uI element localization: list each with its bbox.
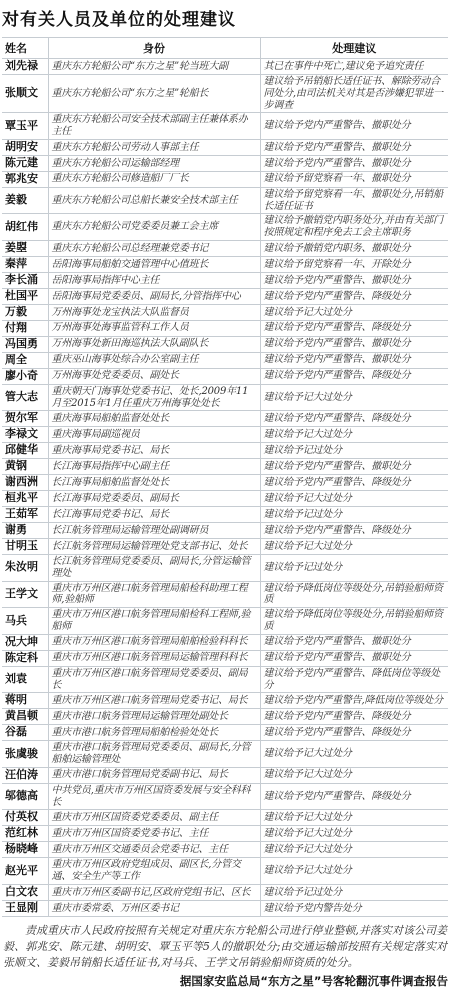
table-row: 杨晓峰 重庆市万州区交通委员会党委书记、主任 建议给予记大过处分 xyxy=(2,842,448,858)
table-row: 胡明安 重庆东方轮船公司劳动人事部主任 建议给予党内严重警告、撤职处分 xyxy=(2,139,448,155)
table-row: 邬德高 中共党员,重庆市万州区国资委发展与安全科科长 建议给予党内严重警告、降级… xyxy=(2,783,448,810)
person-identity-cell: 长江海事局党委委员、副局长 xyxy=(48,491,260,507)
person-name-cell: 姜曌 xyxy=(2,241,48,257)
table-row: 胡红伟 重庆东方轮船公司党委委员兼工会主席 建议给予撤销党内职务处分,并由有关部… xyxy=(2,214,448,241)
person-name-cell: 覃玉平 xyxy=(2,113,48,140)
person-recommendation-cell: 建议给予记大过处分 xyxy=(260,427,448,443)
person-name-cell: 冯国勇 xyxy=(2,336,48,352)
person-identity-cell: 重庆东方轮船公司总船长兼安全技术部主任 xyxy=(48,187,260,214)
person-identity-cell: 重庆市万州区港口航务管理局船检科助理工程师,验船师 xyxy=(48,581,260,608)
person-identity-cell: 万州海事处党委委员、副处长 xyxy=(48,368,260,384)
person-name-cell: 杨晓峰 xyxy=(2,842,48,858)
person-identity-cell: 重庆市港口航务管理局运输管理处副处长 xyxy=(48,709,260,725)
person-name-cell: 汪伯涛 xyxy=(2,767,48,783)
person-name-cell: 管大志 xyxy=(2,384,48,411)
table-row: 付翔 万州海事处海事监管科工作人员 建议给予党内严重警告、降级处分 xyxy=(2,320,448,336)
person-recommendation-cell: 建议给予记过处分 xyxy=(260,443,448,459)
table-row: 杜国平 岳阳海事局党委委员、副局长,分管指挥中心 建议给予党内严重警告、降级处分 xyxy=(2,288,448,304)
table-row: 秦萍 岳阳海事局船舶交通管理中心值班长 建议给予留党察看一年、开除处分 xyxy=(2,257,448,273)
table-row: 范红林 重庆市万州区国资委党委书记、主任 建议给予记大过处分 xyxy=(2,826,448,842)
table-row: 邱健华 重庆海事局党委书记、局长 建议给予记过处分 xyxy=(2,443,448,459)
person-recommendation-cell: 建议给予党内严重警告,降低岗位等级处分 xyxy=(260,693,448,709)
person-recommendation-cell: 建议给予留党察看一年、开除处分 xyxy=(260,257,448,273)
person-recommendation-cell: 建议给予记大过处分 xyxy=(260,304,448,320)
table-row: 陈定科 重庆市万州区港口航务管理局运输管理科科长 建议给予党内严重警告、撤职处分 xyxy=(2,650,448,666)
person-recommendation-cell: 建议给予党内严重警告、降级处分 xyxy=(260,783,448,810)
person-recommendation-cell: 建议给予党内严重警告、降级处分 xyxy=(260,523,448,539)
person-identity-cell: 重庆东方轮船公司修造船厂厂长 xyxy=(48,171,260,187)
person-recommendation-cell: 建议给予记大过处分 xyxy=(260,767,448,783)
person-identity-cell: 重庆市万州区国资委党委委员、副主任 xyxy=(48,810,260,826)
person-name-cell: 刘先禄 xyxy=(2,59,48,75)
footer-note: 责成重庆市人民政府按照有关规定对重庆东方轮船公司进行停业整顿,并落实对该公司姜毅… xyxy=(3,923,447,971)
person-identity-cell: 重庆市委常委、万州区委书记 xyxy=(48,900,260,916)
person-recommendation-cell: 建议给予记过处分 xyxy=(260,507,448,523)
table-row: 万毅 万州海事处龙宝执法大队监督员 建议给予记大过处分 xyxy=(2,304,448,320)
person-identity-cell: 重庆市港口航务管理局党委副书记、局长 xyxy=(48,767,260,783)
person-identity-cell: 重庆市万州区港口航务管理局船检科工程师,验船师 xyxy=(48,608,260,635)
person-name-cell: 廖小奇 xyxy=(2,368,48,384)
person-name-cell: 况大坤 xyxy=(2,634,48,650)
col-header-identity: 身份 xyxy=(48,38,260,59)
person-recommendation-cell: 建议给予党内严重警告、降级处分 xyxy=(260,709,448,725)
person-recommendation-cell: 建议给予党内严重警告、撤职处分 xyxy=(260,113,448,140)
person-identity-cell: 重庆市万州区国资委党委书记、主任 xyxy=(48,826,260,842)
person-recommendation-cell: 建议给予党内严重警告、撤职处分 xyxy=(260,650,448,666)
person-recommendation-cell: 建议给予吊销船长适任证书、解除劳动合同处分,由司法机关对其是否涉嫌犯罪进一步调查 xyxy=(260,74,448,112)
person-name-cell: 陈元建 xyxy=(2,155,48,171)
table-row: 陈元建 重庆东方轮船公司运输部经理 建议给予党内严重警告、撤职处分 xyxy=(2,155,448,171)
table-row: 马兵 重庆市万州区港口航务管理局船检科工程师,验船师 建议给予降低岗位等级处分,… xyxy=(2,608,448,635)
person-name-cell: 陈定科 xyxy=(2,650,48,666)
person-identity-cell: 万州海事处海事监管科工作人员 xyxy=(48,320,260,336)
person-recommendation-cell: 建议给予党内严重警告、降低岗位等级处分 xyxy=(260,666,448,693)
person-identity-cell: 重庆东方轮船公司安全技术部副主任兼体系办主任 xyxy=(48,113,260,140)
person-name-cell: 胡明安 xyxy=(2,139,48,155)
person-recommendation-cell: 建议给予记大过处分 xyxy=(260,842,448,858)
person-identity-cell: 重庆海事局船舶监督处处长 xyxy=(48,411,260,427)
person-identity-cell: 重庆东方轮船公司“东方之星”轮船长 xyxy=(48,74,260,112)
table-row: 赵光平 重庆市万州区政府党组成员、副区长,分管交通、安全生产等工作 建议给予记大… xyxy=(2,858,448,885)
person-recommendation-cell: 建议给予党内严重警告、撤职处分 xyxy=(260,459,448,475)
person-identity-cell: 岳阳海事局船舶交通管理中心值班长 xyxy=(48,257,260,273)
person-recommendation-cell: 建议给予党内严重警告、撤职处分 xyxy=(260,272,448,288)
person-identity-cell: 重庆市万州区港口航务管理局运输管理科科长 xyxy=(48,650,260,666)
person-identity-cell: 重庆海事局党委书记、局长 xyxy=(48,443,260,459)
person-name-cell: 付翔 xyxy=(2,320,48,336)
col-header-name: 姓名 xyxy=(2,38,48,59)
person-name-cell: 王茹军 xyxy=(2,507,48,523)
person-recommendation-cell: 建议给予党内严重警告、降级处分 xyxy=(260,368,448,384)
person-name-cell: 谷磊 xyxy=(2,725,48,741)
person-identity-cell: 重庆市万州区政府党组成员、副区长,分管交通、安全生产等工作 xyxy=(48,858,260,885)
person-recommendation-cell: 建议给予党内严重警告、撤职处分 xyxy=(260,139,448,155)
person-recommendation-cell: 建议给予党内警告处分 xyxy=(260,900,448,916)
person-recommendation-cell: 其已在事件中死亡,建议免予追究责任 xyxy=(260,59,448,75)
person-identity-cell: 长江海事局指挥中心副主任 xyxy=(48,459,260,475)
infographic-page: 对有关人员及单位的处理建议 姓名 身份 处理建议 刘先禄 重庆东方轮船公司“东方… xyxy=(0,0,450,995)
person-name-cell: 张顺文 xyxy=(2,74,48,112)
person-name-cell: 万毅 xyxy=(2,304,48,320)
person-name-cell: 姜毅 xyxy=(2,187,48,214)
table-row: 郭兆安 重庆东方轮船公司修造船厂厂长 建议给予留党察看一年、撤职处分 xyxy=(2,171,448,187)
person-identity-cell: 长江海事局党委书记、局长 xyxy=(48,507,260,523)
table-row: 贺尔军 重庆海事局船舶监督处处长 建议给予党内严重警告、降级处分 xyxy=(2,411,448,427)
person-name-cell: 王学文 xyxy=(2,581,48,608)
table-row: 冯国勇 万州海事处新田海巡执法大队副队长 建议给予党内严重警告、撤职处分 xyxy=(2,336,448,352)
person-name-cell: 贺尔军 xyxy=(2,411,48,427)
table-row: 谢勇 长江航务管理局运输管理处副调研员 建议给予党内严重警告、降级处分 xyxy=(2,523,448,539)
person-name-cell: 马兵 xyxy=(2,608,48,635)
person-name-cell: 周全 xyxy=(2,352,48,368)
person-identity-cell: 岳阳海事局党委委员、副局长,分管指挥中心 xyxy=(48,288,260,304)
person-identity-cell: 长江航务管理局运输管理处党支部书记、处长 xyxy=(48,539,260,555)
person-recommendation-cell: 建议给予党内严重警告、撤职处分 xyxy=(260,352,448,368)
person-name-cell: 谢勇 xyxy=(2,523,48,539)
person-identity-cell: 万州海事处龙宝执法大队监督员 xyxy=(48,304,260,320)
table-row: 姜曌 重庆东方轮船公司总经理兼党委书记 建议给予撤销党内职务、撤职处分 xyxy=(2,241,448,257)
table-row: 甘明玉 长江航务管理局运输管理处党支部书记、处长 建议给予记大过处分 xyxy=(2,539,448,555)
person-name-cell: 白文农 xyxy=(2,884,48,900)
person-identity-cell: 重庆市万州区港口航务管理局船舶检验科科长 xyxy=(48,634,260,650)
person-name-cell: 张虞骏 xyxy=(2,741,48,768)
person-name-cell: 范红林 xyxy=(2,826,48,842)
person-identity-cell: 重庆市万州区港口航务管理局党委委员、副局长 xyxy=(48,666,260,693)
person-identity-cell: 万州海事处新田海巡执法大队副队长 xyxy=(48,336,260,352)
person-identity-cell: 重庆市港口航务管理局船舶检验处处长 xyxy=(48,725,260,741)
table-row: 况大坤 重庆市万州区港口航务管理局船舶检验科科长 建议给予党内严重警告、撤职处分 xyxy=(2,634,448,650)
table-row: 桓兆平 长江海事局党委委员、副局长 建议给予记大过处分 xyxy=(2,491,448,507)
table-row: 蒋明 重庆市万州区港口航务管理局党委书记、局长 建议给予党内严重警告,降低岗位等… xyxy=(2,693,448,709)
person-identity-cell: 重庆海事局副巡视员 xyxy=(48,427,260,443)
table-row: 谷磊 重庆市港口航务管理局船舶检验处处长 建议给予党内严重警告、降级处分 xyxy=(2,725,448,741)
table-row: 张虞骏 重庆市港口航务管理局党委委员、副局长,分管船舶运输管理处 建议给予记大过… xyxy=(2,741,448,768)
table-row: 王学文 重庆市万州区港口航务管理局船检科助理工程师,验船师 建议给予降低岗位等级… xyxy=(2,581,448,608)
person-recommendation-cell: 建议给予记大过处分 xyxy=(260,384,448,411)
person-identity-cell: 长江航务管理局运输管理处副调研员 xyxy=(48,523,260,539)
person-name-cell: 朱汝明 xyxy=(2,555,48,582)
person-recommendation-cell: 建议给予降低岗位等级处分,吊销验船师资质 xyxy=(260,581,448,608)
person-identity-cell: 长江航务管理局党委委员、副局长,分管运输管理处 xyxy=(48,555,260,582)
person-name-cell: 王显刚 xyxy=(2,900,48,916)
person-identity-cell: 重庆朝天门海事处党委书记、处长,2009年11月至2015年1月任重庆万州海事处… xyxy=(48,384,260,411)
table-row: 李长涌 岳阳海事局指挥中心主任 建议给予党内严重警告、撤职处分 xyxy=(2,272,448,288)
person-name-cell: 秦萍 xyxy=(2,257,48,273)
table-body: 刘先禄 重庆东方轮船公司“东方之星”轮当班大副 其已在事件中死亡,建议免予追究责… xyxy=(2,59,448,917)
person-recommendation-cell: 建议给予党内严重警告、降级处分 xyxy=(260,411,448,427)
person-identity-cell: 重庆市万州区港口航务管理局党委书记、局长 xyxy=(48,693,260,709)
table-row: 付英权 重庆市万州区国资委党委委员、副主任 建议给予记大过处分 xyxy=(2,810,448,826)
person-name-cell: 邱健华 xyxy=(2,443,48,459)
person-name-cell: 桓兆平 xyxy=(2,491,48,507)
person-name-cell: 赵光平 xyxy=(2,858,48,885)
person-recommendation-cell: 建议给予党内严重警告、撤职处分 xyxy=(260,155,448,171)
person-identity-cell: 重庆东方轮船公司党委委员兼工会主席 xyxy=(48,214,260,241)
person-name-cell: 谢西洲 xyxy=(2,475,48,491)
person-recommendation-cell: 建议给予党内严重警告、撤职处分 xyxy=(260,634,448,650)
table-row: 姜毅 重庆东方轮船公司总船长兼安全技术部主任 建议给予留党察看一年、撤职处分,吊… xyxy=(2,187,448,214)
table-row: 张顺文 重庆东方轮船公司“东方之星”轮船长 建议给予吊销船长适任证书、解除劳动合… xyxy=(2,74,448,112)
person-identity-cell: 重庆市万州区委副书记,区政府党组书记、区长 xyxy=(48,884,260,900)
person-recommendation-cell: 建议给予党内严重警告、降级处分 xyxy=(260,320,448,336)
table-row: 朱汝明 长江航务管理局党委委员、副局长,分管运输管理处 建议给予记过处分 xyxy=(2,555,448,582)
person-identity-cell: 长江海事局船舶监督处处长 xyxy=(48,475,260,491)
person-identity-cell: 重庆市港口航务管理局党委委员、副局长,分管船舶运输管理处 xyxy=(48,741,260,768)
table-row: 王显刚 重庆市委常委、万州区委书记 建议给予党内警告处分 xyxy=(2,900,448,916)
person-identity-cell: 中共党员,重庆市万州区国资委发展与安全科科长 xyxy=(48,783,260,810)
person-name-cell: 李禄文 xyxy=(2,427,48,443)
table-row: 管大志 重庆朝天门海事处党委书记、处长,2009年11月至2015年1月任重庆万… xyxy=(2,384,448,411)
person-recommendation-cell: 建议给予党内严重警告、降级处分 xyxy=(260,475,448,491)
table-row: 周全 重庆巫山海事处综合办公室副主任 建议给予党内严重警告、撤职处分 xyxy=(2,352,448,368)
person-recommendation-cell: 建议给予记大过处分 xyxy=(260,826,448,842)
source-attribution: 据国家安监总局“东方之星”号客轮翻沉事件调查报告 xyxy=(2,973,448,989)
person-name-cell: 付英权 xyxy=(2,810,48,826)
header-row: 姓名 身份 处理建议 xyxy=(2,38,448,59)
table-row: 廖小奇 万州海事处党委委员、副处长 建议给予党内严重警告、降级处分 xyxy=(2,368,448,384)
table-row: 刘袁 重庆市万州区港口航务管理局党委委员、副局长 建议给予党内严重警告、降低岗位… xyxy=(2,666,448,693)
person-recommendation-cell: 建议给予记过处分 xyxy=(260,884,448,900)
punishment-table: 姓名 身份 处理建议 刘先禄 重庆东方轮船公司“东方之星”轮当班大副 其已在事件… xyxy=(2,37,448,917)
table-row: 黄钢 长江海事局指挥中心副主任 建议给予党内严重警告、撤职处分 xyxy=(2,459,448,475)
person-identity-cell: 重庆巫山海事处综合办公室副主任 xyxy=(48,352,260,368)
col-header-recommendation: 处理建议 xyxy=(260,38,448,59)
person-recommendation-cell: 建议给予记过处分 xyxy=(260,555,448,582)
table-row: 谢西洲 长江海事局船舶监督处处长 建议给予党内严重警告、降级处分 xyxy=(2,475,448,491)
person-recommendation-cell: 建议给予留党察看一年、撤职处分,吊销船长适任证书 xyxy=(260,187,448,214)
person-name-cell: 郭兆安 xyxy=(2,171,48,187)
table-header: 姓名 身份 处理建议 xyxy=(2,38,448,59)
table-row: 王茹军 长江海事局党委书记、局长 建议给予记过处分 xyxy=(2,507,448,523)
person-recommendation-cell: 建议给予记大过处分 xyxy=(260,810,448,826)
person-identity-cell: 重庆东方轮船公司“东方之星”轮当班大副 xyxy=(48,59,260,75)
person-identity-cell: 重庆东方轮船公司总经理兼党委书记 xyxy=(48,241,260,257)
person-name-cell: 杜国平 xyxy=(2,288,48,304)
table-row: 刘先禄 重庆东方轮船公司“东方之星”轮当班大副 其已在事件中死亡,建议免予追究责… xyxy=(2,59,448,75)
person-identity-cell: 重庆东方轮船公司运输部经理 xyxy=(48,155,260,171)
person-name-cell: 蒋明 xyxy=(2,693,48,709)
person-name-cell: 甘明玉 xyxy=(2,539,48,555)
person-name-cell: 胡红伟 xyxy=(2,214,48,241)
person-name-cell: 李长涌 xyxy=(2,272,48,288)
person-recommendation-cell: 建议给予撤销党内职务、撤职处分 xyxy=(260,241,448,257)
page-title: 对有关人员及单位的处理建议 xyxy=(2,5,448,30)
person-identity-cell: 重庆市万州区交通委员会党委书记、主任 xyxy=(48,842,260,858)
person-recommendation-cell: 建议给予党内严重警告、降级处分 xyxy=(260,725,448,741)
person-recommendation-cell: 建议给予记大过处分 xyxy=(260,858,448,885)
person-recommendation-cell: 建议给予党内严重警告、撤职处分 xyxy=(260,336,448,352)
person-recommendation-cell: 建议给予记大过处分 xyxy=(260,741,448,768)
table-row: 汪伯涛 重庆市港口航务管理局党委副书记、局长 建议给予记大过处分 xyxy=(2,767,448,783)
person-identity-cell: 岳阳海事局指挥中心主任 xyxy=(48,272,260,288)
person-name-cell: 黄钢 xyxy=(2,459,48,475)
table-row: 白文农 重庆市万州区委副书记,区政府党组书记、区长 建议给予记过处分 xyxy=(2,884,448,900)
person-recommendation-cell: 建议给予降低岗位等级处分,吊销验船师资质 xyxy=(260,608,448,635)
person-recommendation-cell: 建议给予记大过处分 xyxy=(260,491,448,507)
person-name-cell: 刘袁 xyxy=(2,666,48,693)
person-name-cell: 邬德高 xyxy=(2,783,48,810)
person-recommendation-cell: 建议给予记大过处分 xyxy=(260,539,448,555)
table-row: 李禄文 重庆海事局副巡视员 建议给予记大过处分 xyxy=(2,427,448,443)
table-row: 黄昌顿 重庆市港口航务管理局运输管理处副处长 建议给予党内严重警告、降级处分 xyxy=(2,709,448,725)
person-recommendation-cell: 建议给予党内严重警告、降级处分 xyxy=(260,288,448,304)
person-recommendation-cell: 建议给予留党察看一年、撤职处分 xyxy=(260,171,448,187)
person-identity-cell: 重庆东方轮船公司劳动人事部主任 xyxy=(48,139,260,155)
person-name-cell: 黄昌顿 xyxy=(2,709,48,725)
person-recommendation-cell: 建议给予撤销党内职务处分,并由有关部门按照规定和程序免去工会主席职务 xyxy=(260,214,448,241)
table-row: 覃玉平 重庆东方轮船公司安全技术部副主任兼体系办主任 建议给予党内严重警告、撤职… xyxy=(2,113,448,140)
